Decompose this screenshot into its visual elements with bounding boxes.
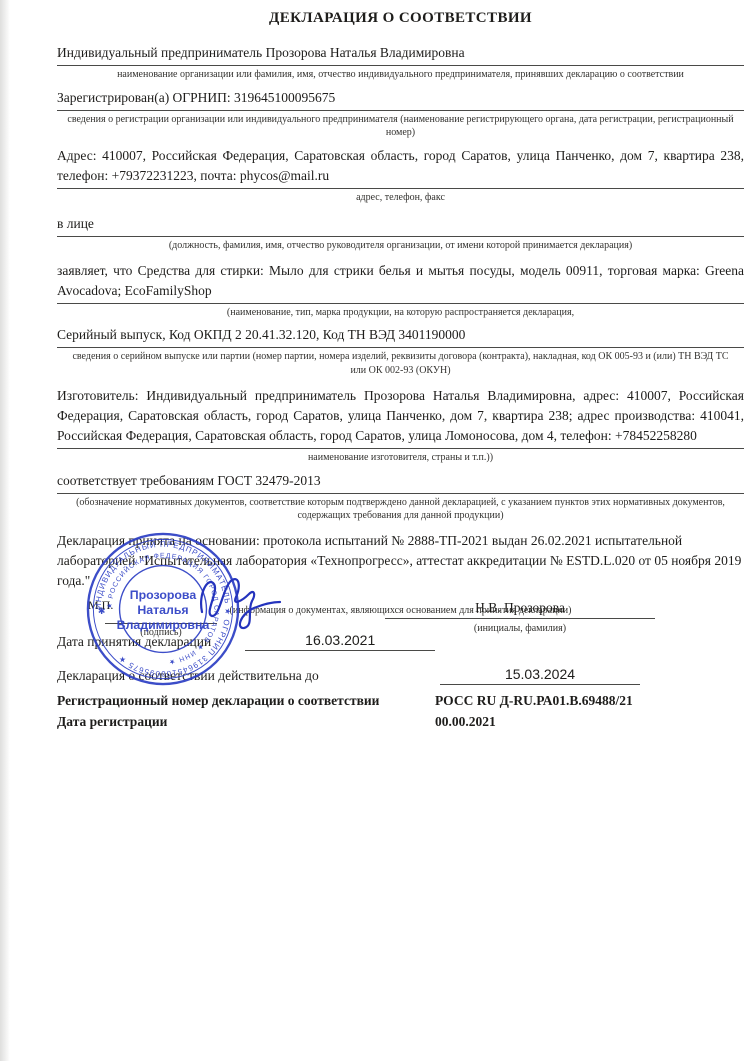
registration-value: Зарегистрирован(а) ОГРНИП: 3196451000956… — [57, 88, 744, 111]
field-declarant: Индивидуальный предприниматель Прозорова… — [57, 43, 744, 82]
reg-number-row: Регистрационный номер декларации о соотв… — [57, 690, 720, 711]
valid-until-value: 15.03.2024 — [440, 665, 640, 685]
stamp-star-icon: ✱ — [98, 606, 105, 616]
signer-name-caption: (инициалы, фамилия) — [385, 623, 655, 634]
stamp-center-line2: Наталья — [137, 603, 188, 617]
field-manufacturer: Изготовитель: Индивидуальный предпринима… — [57, 386, 744, 465]
field-registration: Зарегистрирован(а) ОГРНИП: 3196451000956… — [57, 88, 744, 140]
reg-number-value: РОСС RU Д-RU.РА01.В.69488/21 — [435, 690, 720, 711]
reg-number-label: Регистрационный номер декларации о соотв… — [57, 690, 435, 711]
address-caption: адрес, телефон, факс — [57, 191, 744, 205]
field-product: заявляет, что Средства для стирки: Мыло … — [57, 261, 744, 320]
stamp-center-line1: Прозорова — [130, 588, 197, 602]
field-serial: Серийный выпуск, Код ОКПД 2 20.41.32.120… — [57, 325, 744, 377]
field-in-person: в лице (должность, фамилия, имя, отчеств… — [57, 214, 744, 253]
handwritten-signature — [196, 570, 288, 634]
reg-date-label: Дата регистрации — [57, 711, 435, 732]
product-value: заявляет, что Средства для стирки: Мыло … — [57, 261, 744, 304]
registration-footer: Регистрационный номер декларации о соотв… — [57, 690, 720, 732]
signer-name: Н.В. Прозорова — [385, 600, 655, 619]
reg-date-value: 00.00.2021 — [435, 711, 720, 732]
field-address: Адрес: 410007, Российская Федерация, Сар… — [57, 146, 744, 205]
compliance-caption: (обозначение нормативных документов, соо… — [57, 496, 744, 523]
address-value: Адрес: 410007, Российская Федерация, Сар… — [57, 146, 744, 189]
field-compliance: соответствует требованиям ГОСТ 32479-201… — [57, 471, 744, 523]
serial-caption: сведения о серийном выпуске или партии (… — [57, 350, 744, 377]
in-person-value: в лице — [57, 214, 744, 237]
in-person-caption: (должность, фамилия, имя, отчество руков… — [57, 239, 744, 253]
manufacturer-caption: наименование изготовителя, страны и т.п.… — [57, 451, 744, 465]
page-title: ДЕКЛАРАЦИЯ О СООТВЕТСТВИИ — [57, 10, 744, 27]
manufacturer-value: Изготовитель: Индивидуальный предпринима… — [57, 386, 744, 449]
declarant-value: Индивидуальный предприниматель Прозорова… — [57, 43, 744, 66]
acceptance-date-value: 16.03.2021 — [245, 631, 435, 651]
product-caption: (наименование, тип, марка продукции, на … — [57, 306, 744, 320]
declarant-caption: наименование организации или фамилия, им… — [57, 68, 744, 82]
serial-value: Серийный выпуск, Код ОКПД 2 20.41.32.120… — [57, 325, 744, 348]
reg-date-row: Дата регистрации 00.00.2021 — [57, 711, 720, 732]
registration-caption: сведения о регистрации организации или и… — [57, 113, 744, 140]
compliance-value: соответствует требованиям ГОСТ 32479-201… — [57, 471, 744, 494]
